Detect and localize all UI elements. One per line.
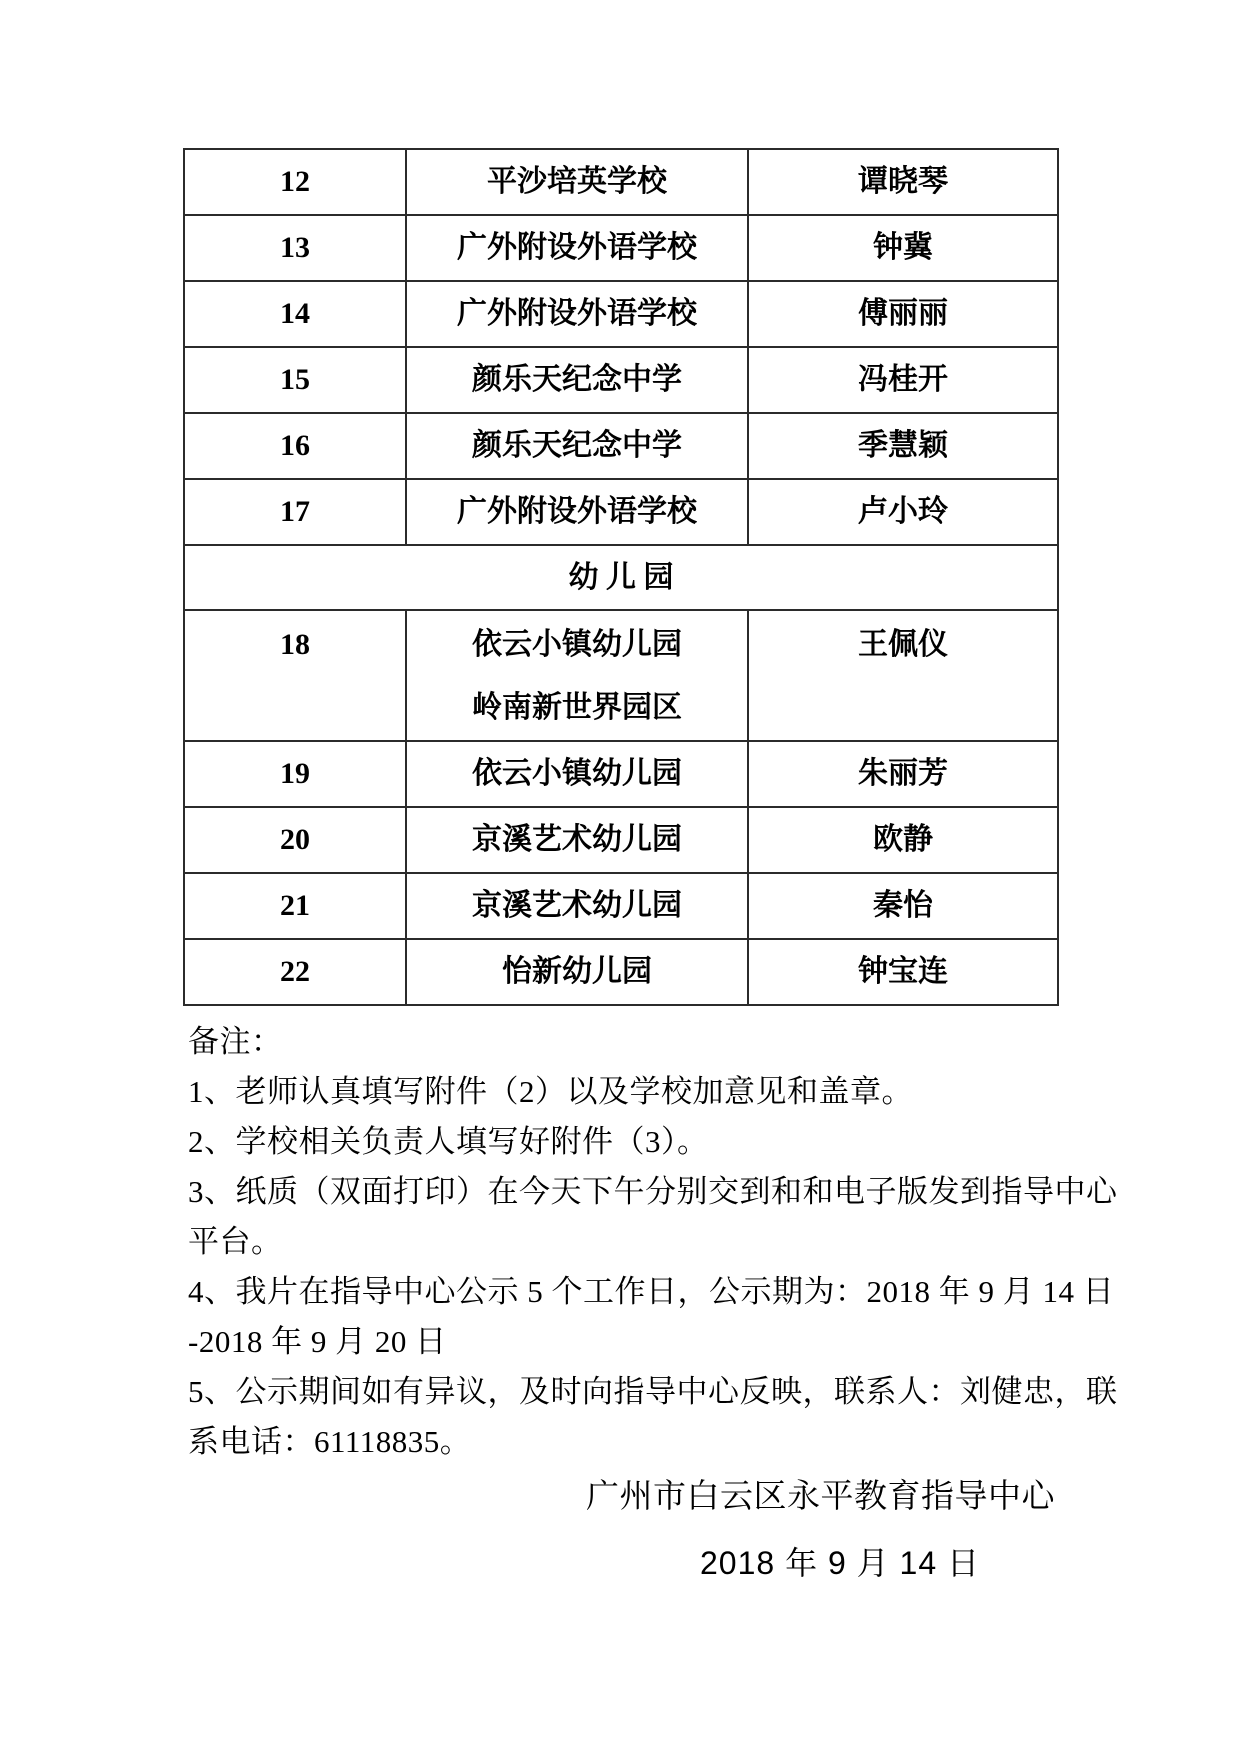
row-number: 19 [280, 757, 310, 790]
teacher-name-cell: 钟冀 [748, 215, 1058, 281]
teacher-name: 朱丽芳 [858, 757, 948, 790]
row-number-cell: 18 [184, 610, 406, 741]
row-number: 13 [280, 231, 310, 264]
teacher-name-cell: 谭晓琴 [748, 149, 1058, 215]
teacher-name-cell: 卢小玲 [748, 479, 1058, 545]
teacher-name-cell: 冯桂开 [748, 347, 1058, 413]
teacher-name: 谭晓琴 [858, 165, 948, 198]
teacher-name-cell: 季慧颖 [748, 413, 1058, 479]
row-number-cell: 17 [184, 479, 406, 545]
table-row: 17 广外附设外语学校 卢小玲 [184, 479, 1058, 545]
table-row: 20 京溪艺术幼儿园 欧静 [184, 807, 1058, 873]
note-line: 5、公示期间如有异议，及时向指导中心反映，联系人：刘健忠，联 [188, 1367, 1073, 1417]
note-line: 4、我片在指导中心公示 5 个工作日，公示期为：2018 年 9 月 14 日 [188, 1267, 1073, 1317]
school-cell: 怡新幼儿园 [406, 939, 748, 1005]
school-cell: 依云小镇幼儿园 岭南新世界园区 [406, 610, 748, 741]
school-campus: 岭南新世界园区 [407, 692, 747, 724]
note-line: 3、纸质（双面打印）在今天下午分别交到和和电子版发到指导中心 [188, 1167, 1073, 1217]
row-number-cell: 19 [184, 741, 406, 807]
document-page: 12 平沙培英学校 谭晓琴 13 广外附设外语学校 钟冀 14 广外附设外语学校… [0, 0, 1240, 1753]
school-cell: 颜乐天纪念中学 [406, 413, 748, 479]
school-cell: 广外附设外语学校 [406, 281, 748, 347]
row-number-cell: 14 [184, 281, 406, 347]
teacher-name-cell: 傅丽丽 [748, 281, 1058, 347]
school-cell: 广外附设外语学校 [406, 479, 748, 545]
row-number: 20 [280, 823, 310, 856]
table-row: 16 颜乐天纪念中学 季慧颖 [184, 413, 1058, 479]
table-row: 12 平沙培英学校 谭晓琴 [184, 149, 1058, 215]
section-header-row: 幼 儿 园 [184, 545, 1058, 610]
table-row: 18 依云小镇幼儿园 岭南新世界园区 王佩仪 [184, 610, 1058, 741]
school-cell: 颜乐天纪念中学 [406, 347, 748, 413]
school-name: 京溪艺术幼儿园 [472, 823, 682, 856]
teacher-name: 傅丽丽 [858, 297, 948, 330]
note-line: 1、老师认真填写附件（2）以及学校加意见和盖章。 [188, 1067, 1073, 1117]
signature-date: 2018 年 9 月 14 日 [700, 1538, 980, 1584]
row-number-cell: 20 [184, 807, 406, 873]
remarks-label: 备注： [188, 1017, 1073, 1067]
school-cell: 平沙培英学校 [406, 149, 748, 215]
table-row: 21 京溪艺术幼儿园 秦怡 [184, 873, 1058, 939]
school-cell: 京溪艺术幼儿园 [406, 807, 748, 873]
school-name: 怡新幼儿园 [502, 955, 652, 988]
teacher-name: 欧静 [873, 823, 933, 856]
school-name: 广外附设外语学校 [457, 231, 697, 264]
teacher-name: 季慧颖 [858, 429, 948, 462]
school-name: 颜乐天纪念中学 [472, 429, 682, 462]
row-number-cell: 21 [184, 873, 406, 939]
teacher-name-cell: 秦怡 [748, 873, 1058, 939]
school-name: 依云小镇幼儿园 [472, 757, 682, 790]
row-number-cell: 13 [184, 215, 406, 281]
row-number: 22 [280, 955, 310, 988]
school-name: 广外附设外语学校 [457, 495, 697, 528]
section-header: 幼 儿 园 [569, 561, 674, 594]
teacher-name-cell: 朱丽芳 [748, 741, 1058, 807]
row-number-cell: 15 [184, 347, 406, 413]
row-number-cell: 16 [184, 413, 406, 479]
note-line: 2、学校相关负责人填写好附件（3）。 [188, 1117, 1073, 1167]
table-row: 13 广外附设外语学校 钟冀 [184, 215, 1058, 281]
row-number: 14 [280, 297, 310, 330]
row-number: 18 [280, 628, 310, 661]
school-cell: 广外附设外语学校 [406, 215, 748, 281]
row-number: 12 [280, 165, 310, 198]
teacher-name-cell: 钟宝连 [748, 939, 1058, 1005]
row-number: 21 [280, 889, 310, 922]
remarks-section: 备注： 1、老师认真填写附件（2）以及学校加意见和盖章。 2、学校相关负责人填写… [188, 1017, 1073, 1467]
school-name: 颜乐天纪念中学 [472, 363, 682, 396]
row-number-cell: 22 [184, 939, 406, 1005]
table-row: 22 怡新幼儿园 钟宝连 [184, 939, 1058, 1005]
school-name: 广外附设外语学校 [457, 297, 697, 330]
school-name: 平沙培英学校 [487, 165, 667, 198]
teacher-name: 秦怡 [873, 889, 933, 922]
section-header-cell: 幼 儿 园 [184, 545, 1058, 610]
teacher-name-cell: 欧静 [748, 807, 1058, 873]
school-cell: 依云小镇幼儿园 [406, 741, 748, 807]
table-row: 14 广外附设外语学校 傅丽丽 [184, 281, 1058, 347]
teacher-name: 钟冀 [873, 231, 933, 264]
school-cell: 京溪艺术幼儿园 [406, 873, 748, 939]
teacher-name: 钟宝连 [858, 955, 948, 988]
signature-org: 广州市白云区永平教育指导中心 [586, 1470, 1055, 1517]
teacher-name: 卢小玲 [858, 495, 948, 528]
teacher-name: 王佩仪 [858, 628, 948, 661]
row-number: 15 [280, 363, 310, 396]
teacher-name-cell: 王佩仪 [748, 610, 1058, 741]
note-line: -2018 年 9 月 20 日 [188, 1317, 1073, 1367]
school-name: 依云小镇幼儿园 [407, 629, 747, 661]
table-row: 19 依云小镇幼儿园 朱丽芳 [184, 741, 1058, 807]
row-number: 16 [280, 429, 310, 462]
note-line: 系电话：61118835。 [188, 1417, 1073, 1467]
teacher-roster-table: 12 平沙培英学校 谭晓琴 13 广外附设外语学校 钟冀 14 广外附设外语学校… [183, 148, 1059, 1006]
row-number: 17 [280, 495, 310, 528]
school-name: 京溪艺术幼儿园 [472, 889, 682, 922]
table-row: 15 颜乐天纪念中学 冯桂开 [184, 347, 1058, 413]
row-number-cell: 12 [184, 149, 406, 215]
note-line: 平台。 [188, 1217, 1073, 1267]
teacher-name: 冯桂开 [858, 363, 948, 396]
